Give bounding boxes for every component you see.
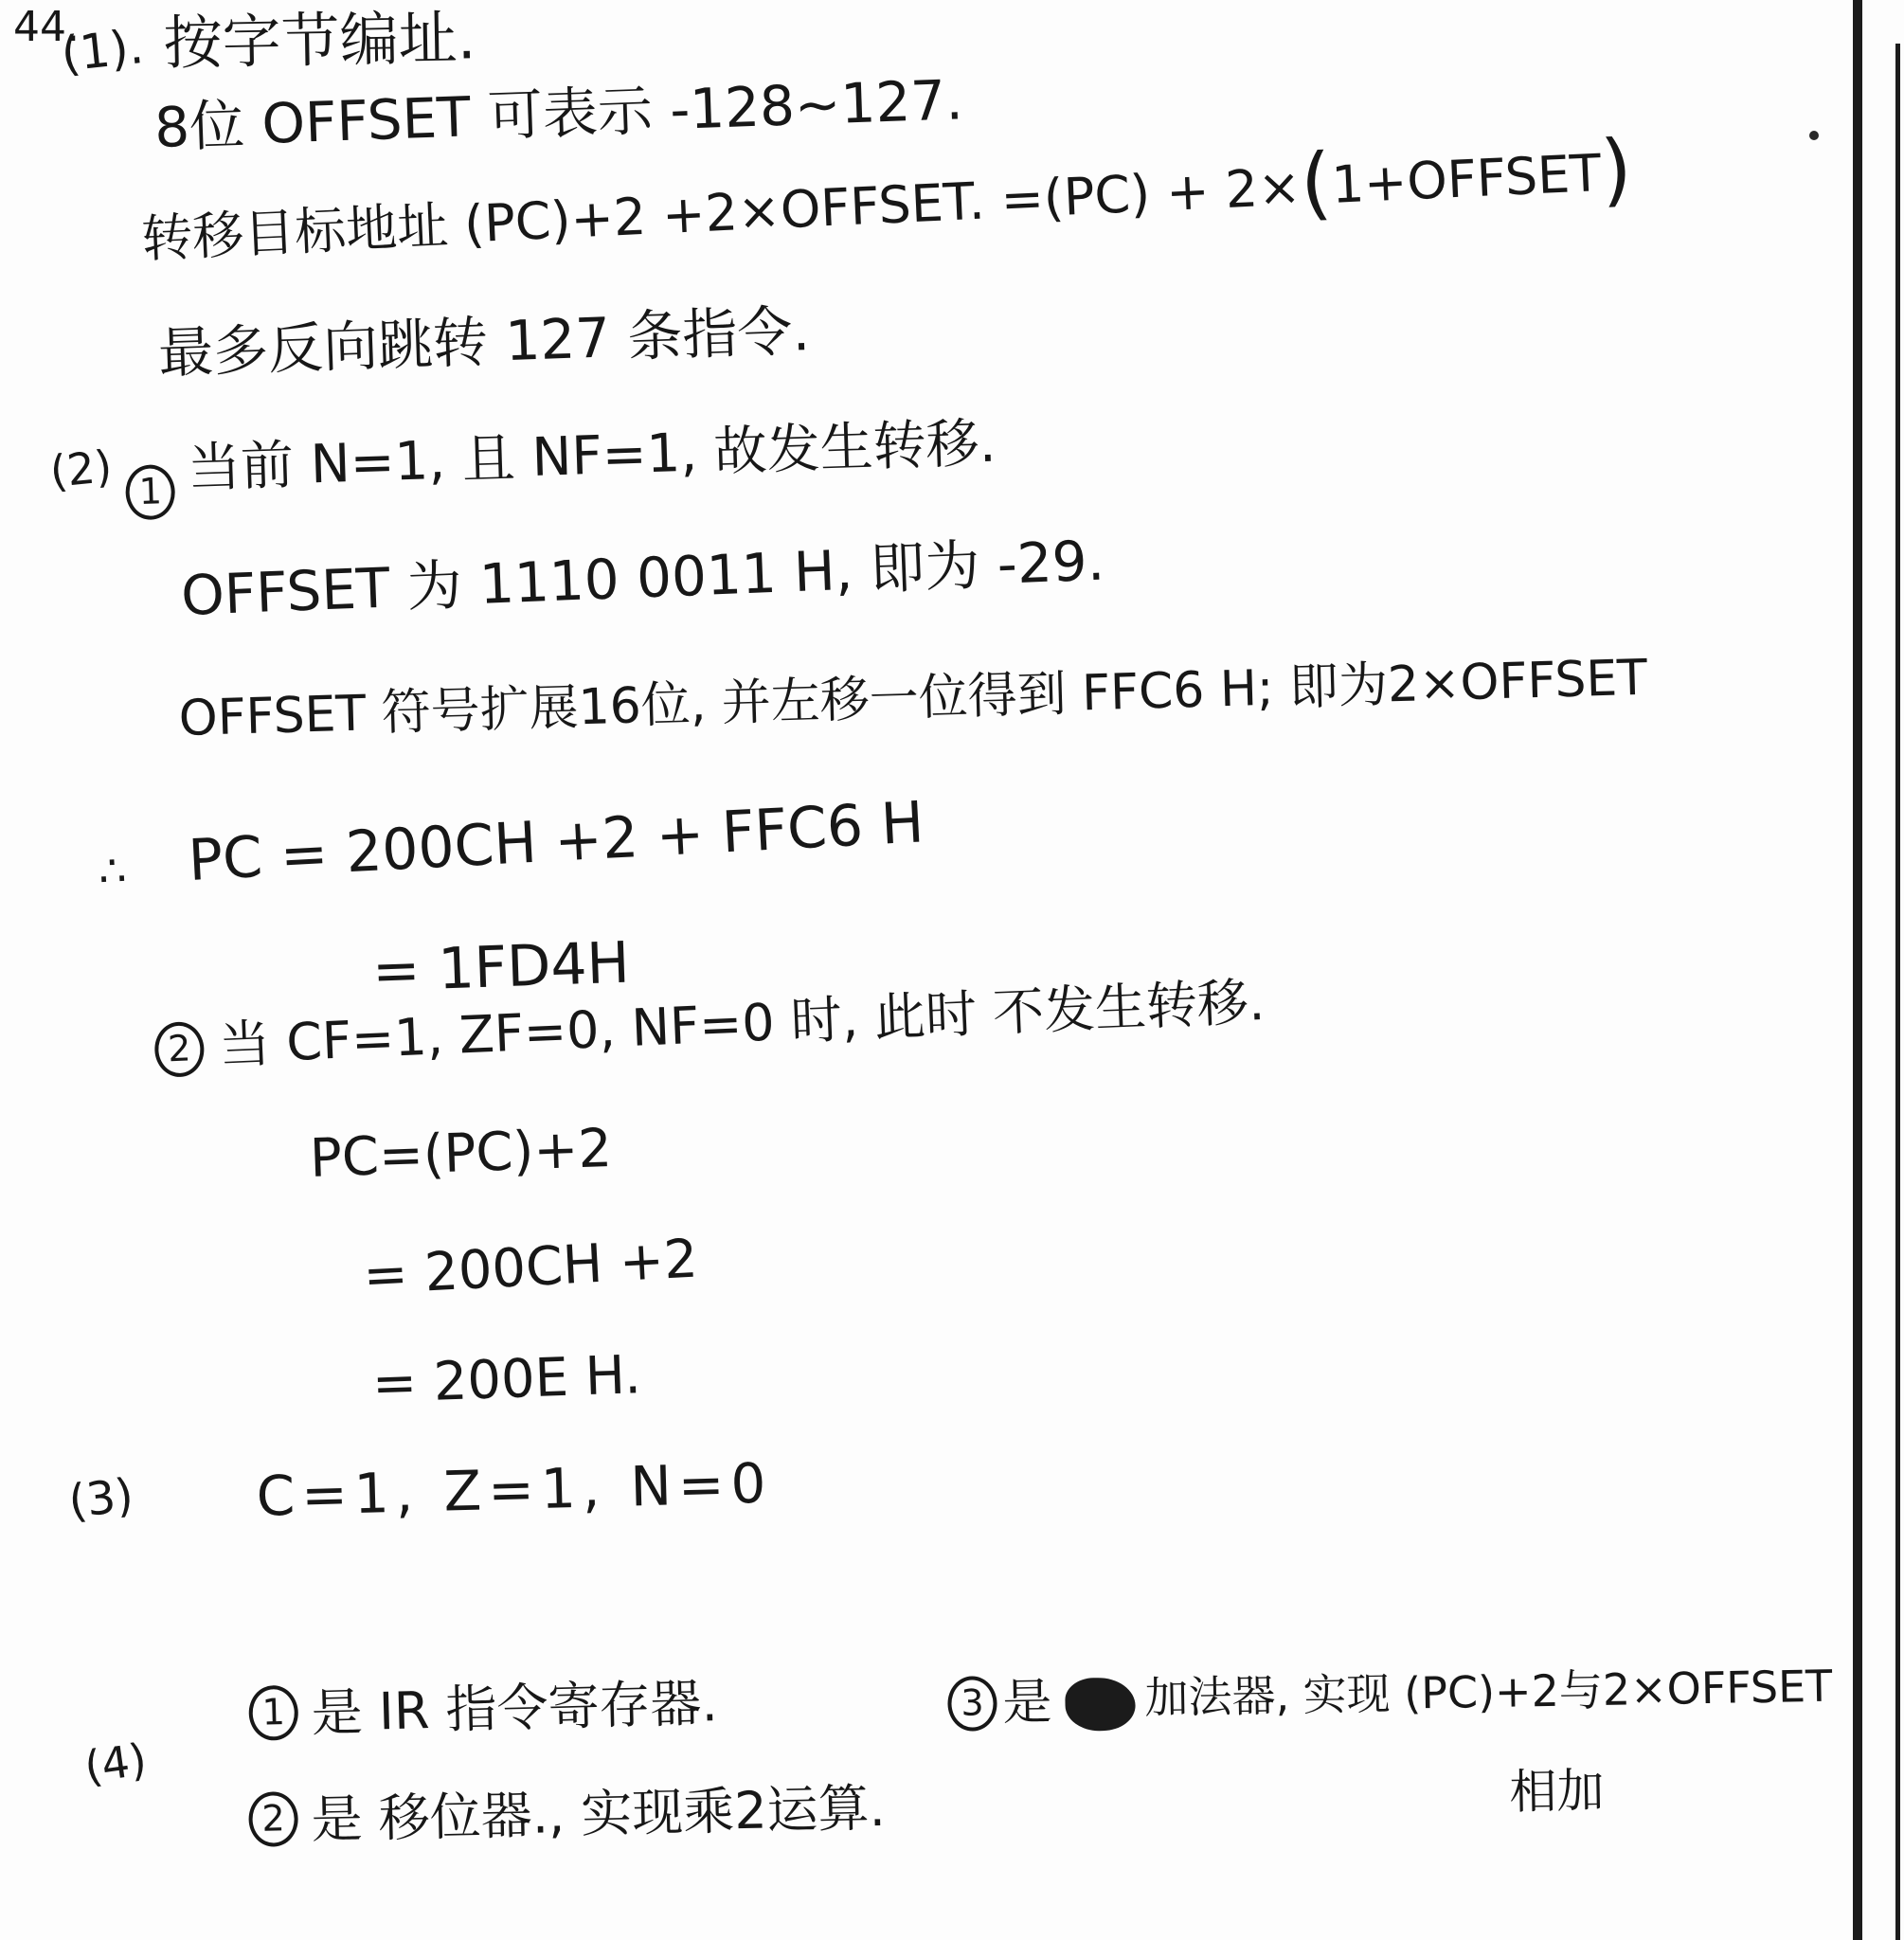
part4-item3-row: 3 是 加法器, 实现 (PC)+2与2×OFFSET [947, 1662, 1833, 1733]
equation-inner: 1+OFFSET [1330, 144, 1602, 215]
part2-eq4: = 200CH +2 [362, 1230, 699, 1308]
part4-item3-text: 加法器, 实现 (PC)+2与2×OFFSET [1144, 1662, 1833, 1724]
circled-number-1: 1 [248, 1685, 299, 1741]
part2-eq1: PC = 200CH +2 + FFC6 H [187, 790, 925, 894]
page-border-line-thick [1853, 0, 1862, 1940]
part1-target-address-equation: 转移目标地址 (PC)+2 +2×OFFSET. =(PC) + 2× ( 1+… [140, 143, 1633, 274]
part2-eq3: PC=(PC)+2 [309, 1119, 613, 1190]
part1-label: (1). [59, 20, 146, 82]
part4-item1-text: 是 IR 指令寄存器. [311, 1674, 718, 1743]
part2-eq2: = 1FD4H [371, 931, 631, 1005]
part4-item3-pre: 是 [1002, 1675, 1052, 1733]
circled-number-3: 3 [947, 1676, 997, 1732]
part4-label: (4) [81, 1734, 150, 1792]
therefore-symbol: ∴ [98, 845, 128, 896]
part2-eq1-row: ∴ PC = 200CH +2 + FFC6 H [97, 790, 925, 899]
equation-text: 转移目标地址 (PC)+2 +2×OFFSET. =(PC) + 2× [140, 157, 1302, 269]
part4-item2-row: 2 是 移位器., 实现乘2运算. [248, 1779, 886, 1851]
part2-item2-row: 2 当 CF=1, ZF=0, NF=0 时, 此时 不发生转移. [153, 973, 1266, 1078]
part1-max-jump: 最多反向跳转 127 条指令. [157, 299, 811, 386]
part4-item3-continuation: 相加 [1509, 1764, 1605, 1820]
part4-item1-row: 1 是 IR 指令寄存器. [248, 1674, 718, 1745]
part3-label: (3) [66, 1469, 136, 1529]
close-paren: ) [1599, 137, 1633, 202]
part4-item2-text: 是 移位器., 实现乘2运算. [311, 1779, 886, 1850]
notebook-page: 44. (1). 按字节编址. 8位 OFFSET 可表示 -128~127. … [0, 0, 1904, 1940]
circled-number-2: 2 [153, 1021, 205, 1078]
page-border-line-thin [1895, 44, 1900, 1940]
part2-offset-value: OFFSET 为 1110 0011 H, 即为 -29. [180, 530, 1105, 628]
part2-item1-row: (2) 1 当前 N=1, 且 NF=1, 故发生转移. [49, 414, 997, 523]
part2-sign-extend: OFFSET 符号扩展16位, 并左移一位得到 FFC6 H; 即为2×OFFS… [178, 651, 1648, 748]
part1-offset-range: 8位 OFFSET 可表示 -128~127. [153, 68, 964, 159]
ink-speck [1809, 131, 1819, 140]
part2-item1-text: 当前 N=1, 且 NF=1, 故发生转移. [187, 414, 997, 500]
circled-number-2: 2 [248, 1791, 298, 1847]
part2-label: (2) [47, 441, 114, 497]
part3-flags: C=1, Z=1, N=0 [256, 1452, 773, 1529]
part1-title: 按字节编址. [163, 4, 476, 77]
open-paren: ( [1299, 151, 1333, 215]
part3-row: (3) C=1, Z=1, N=0 [68, 1456, 773, 1534]
part2-eq5: = 200E H. [371, 1345, 642, 1415]
circled-number-1: 1 [125, 464, 176, 521]
scribbled-out-text [1065, 1678, 1136, 1732]
